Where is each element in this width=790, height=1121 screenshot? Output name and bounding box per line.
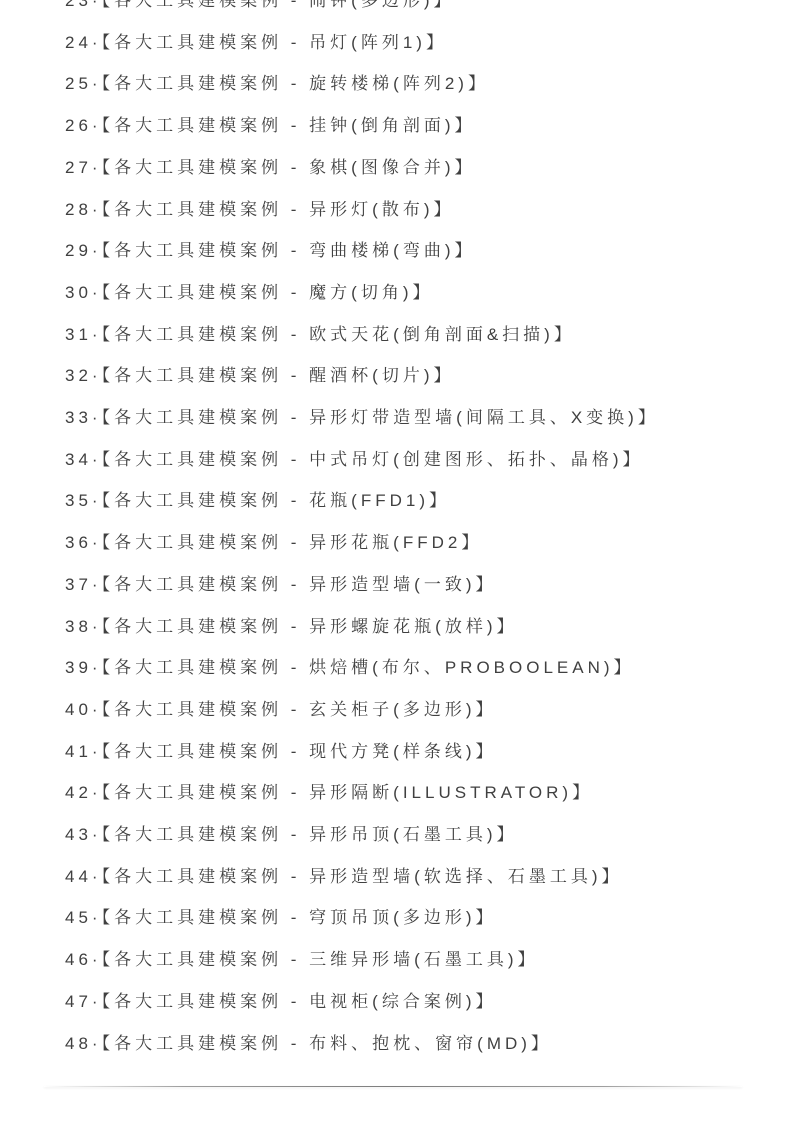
lesson-item: 40·【各大工具建模案例 - 玄关柜子(多边形)】 — [65, 689, 790, 731]
lesson-item: 26·【各大工具建模案例 - 挂钟(倒角剖面)】 — [65, 105, 790, 147]
lesson-item: 45·【各大工具建模案例 - 穹顶吊顶(多边形)】 — [65, 897, 790, 939]
lesson-item: 25·【各大工具建模案例 - 旋转楼梯(阵列2)】 — [65, 63, 790, 105]
lesson-list: 23·【各大工具建模案例 - 闹钟(多边形)】24·【各大工具建模案例 - 吊灯… — [65, 0, 790, 1064]
lesson-item: 23·【各大工具建模案例 - 闹钟(多边形)】 — [65, 0, 790, 22]
lesson-item: 41·【各大工具建模案例 - 现代方凳(样条线)】 — [65, 731, 790, 773]
lesson-item: 33·【各大工具建模案例 - 异形灯带造型墙(间隔工具、X变换)】 — [65, 397, 790, 439]
section-divider — [44, 1086, 742, 1087]
lesson-item: 31·【各大工具建模案例 - 欧式天花(倒角剖面&扫描)】 — [65, 314, 790, 356]
lesson-item: 34·【各大工具建模案例 - 中式吊灯(创建图形、拓扑、晶格)】 — [65, 439, 790, 481]
lesson-item: 47·【各大工具建模案例 - 电视柜(综合案例)】 — [65, 981, 790, 1023]
lesson-item: 37·【各大工具建模案例 - 异形造型墙(一致)】 — [65, 564, 790, 606]
lesson-item: 28·【各大工具建模案例 - 异形灯(散布)】 — [65, 189, 790, 231]
lesson-item: 43·【各大工具建模案例 - 异形吊顶(石墨工具)】 — [65, 814, 790, 856]
lesson-item: 39·【各大工具建模案例 - 烘焙槽(布尔、PROBOOLEAN)】 — [65, 647, 790, 689]
lesson-item: 42·【各大工具建模案例 - 异形隔断(ILLUSTRATOR)】 — [65, 772, 790, 814]
lesson-item: 38·【各大工具建模案例 - 异形螺旋花瓶(放样)】 — [65, 606, 790, 648]
lesson-item: 24·【各大工具建模案例 - 吊灯(阵列1)】 — [65, 22, 790, 64]
lesson-item: 46·【各大工具建模案例 - 三维异形墙(石墨工具)】 — [65, 939, 790, 981]
lesson-item: 27·【各大工具建模案例 - 象棋(图像合并)】 — [65, 147, 790, 189]
lesson-item: 48·【各大工具建模案例 - 布料、抱枕、窗帘(MD)】 — [65, 1023, 790, 1065]
lesson-item: 29·【各大工具建模案例 - 弯曲楼梯(弯曲)】 — [65, 230, 790, 272]
lesson-item: 35·【各大工具建模案例 - 花瓶(FFD1)】 — [65, 480, 790, 522]
lesson-item: 44·【各大工具建模案例 - 异形造型墙(软选择、石墨工具)】 — [65, 856, 790, 898]
lesson-item: 32·【各大工具建模案例 - 醒酒杯(切片)】 — [65, 355, 790, 397]
lesson-item: 30·【各大工具建模案例 - 魔方(切角)】 — [65, 272, 790, 314]
lesson-catalog-page: 23·【各大工具建模案例 - 闹钟(多边形)】24·【各大工具建模案例 - 吊灯… — [0, 0, 790, 1121]
lesson-item: 36·【各大工具建模案例 - 异形花瓶(FFD2】 — [65, 522, 790, 564]
